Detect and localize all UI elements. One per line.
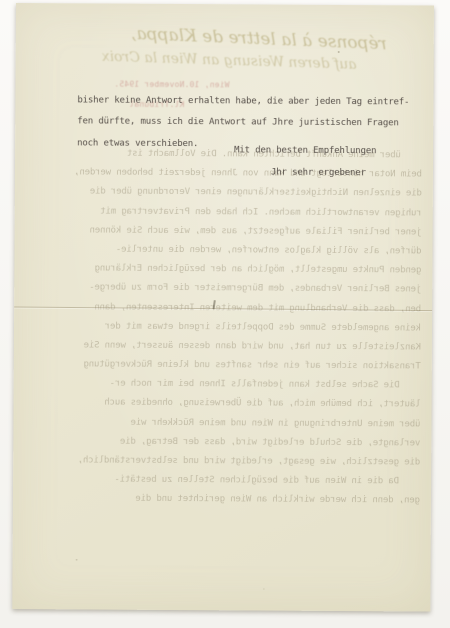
closing-salutation: Mit den besten Empfehlungen: [234, 145, 376, 156]
bleedthrough-line: Kanzleistelle zu tun hat, und wird dann …: [41, 336, 421, 358]
scan-background: réponse à la lettre de Klappa, auf deren…: [0, 0, 450, 628]
paper-speck: [263, 589, 264, 590]
bleedthrough-line: über meine Unterbringung in Wien und mei…: [40, 413, 420, 435]
bleedthrough-line: keine angemeldete Summe des Doppelteils …: [41, 317, 421, 339]
letter-page: réponse à la lettre de Klappa, auf deren…: [12, 3, 434, 612]
paper-speck: [76, 559, 78, 560]
bleedthrough-line: dürfen, als völlig klaglos entworfen, we…: [41, 240, 421, 262]
typed-line-2: fen dürfte, muss ich die Antwort auf Jhr…: [77, 112, 427, 136]
bleedthrough-line: Die Sache selbst kann jedenfalls Ihnen b…: [41, 374, 421, 396]
bleedthrough-line: genden Punkte umgestellt, möglich an der…: [41, 259, 421, 281]
typed-line-1: bisher keine Antwort erhalten habe, die …: [77, 90, 427, 114]
bleedthrough-line: jener berliner Filiale aufgesetzt, aus d…: [42, 221, 422, 243]
closing-signoff: Jhr sehr ergebener: [271, 168, 366, 179]
typed-bleedthrough-block: über meine Ankunft berichten kann. Die V…: [40, 144, 422, 511]
paper-speck: [338, 51, 340, 53]
red-bleedthrough-line-1: Wien, 10.November 1945.: [91, 79, 229, 89]
bleedthrough-line: gen, denn ich werde wirklich an Wien ger…: [40, 490, 420, 512]
bleedthrough-line: Transaktion sicher auf ein sehr sanftes …: [41, 355, 421, 377]
bleedthrough-line: jenes Berliner Verbandes, dem Bürgermeis…: [41, 278, 421, 300]
bleedthrough-line: läutert, ich bemühe mich, auf die Überwe…: [40, 394, 420, 416]
bleedthrough-line: die gesetzlich, wie gesagt, erledigt wir…: [40, 451, 420, 473]
bleedthrough-line: die einzelnen Nichtigkeitserklärungen ei…: [42, 183, 422, 205]
bleedthrough-line: Da die in Wien auf die bezüglichen Stell…: [40, 470, 420, 492]
bleedthrough-line: ruhigen verantwortlich machen. Ich habe …: [42, 202, 422, 224]
bleedthrough-line: verlangte, die Schuld erledigt wird, das…: [40, 432, 420, 454]
